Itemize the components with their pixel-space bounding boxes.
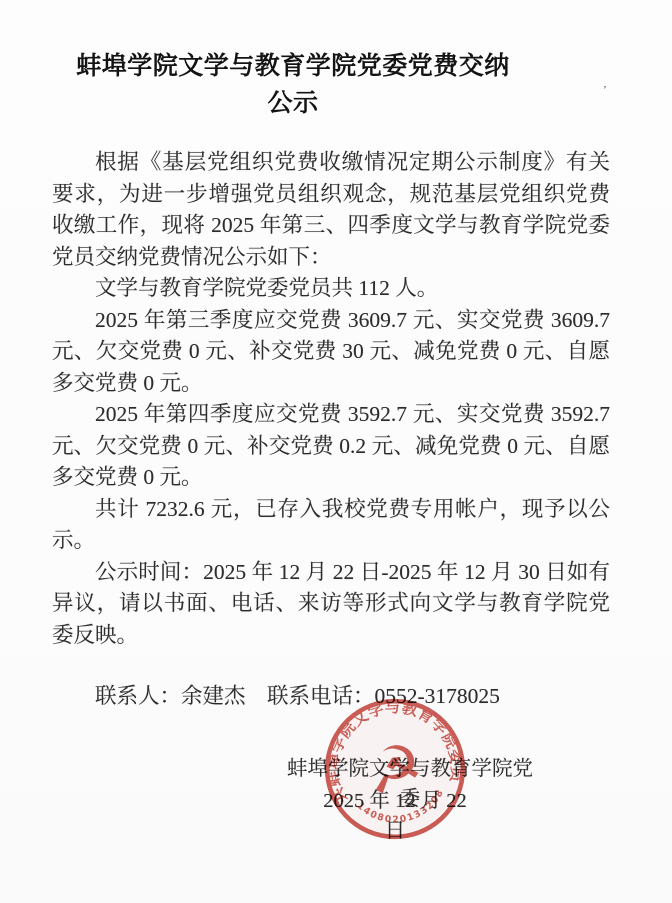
official-seal: 中共蚌埠学院文学与教育学院委员会 ☭ 1408020133208 — [308, 682, 482, 856]
paragraph-publicity-period: 公示时间：2025 年 12 月 22 日-2025 年 12 月 30 日如有… — [52, 557, 610, 652]
document-body: 根据《基层党组织党费收缴情况定期公示制度》有关要求，为进一步增强党员组织观念，规… — [52, 147, 610, 713]
paragraph-q3-fees: 2025 年第三季度应交党费 3609.7 元、实交党费 3609.7 元、欠交… — [52, 305, 610, 400]
title-line-1: 蚌埠学院文学与教育学院党委党费交纳 — [0, 48, 586, 85]
paragraph-q4-fees: 2025 年第四季度应交党费 3592.7 元、实交党费 3592.7 元、欠交… — [52, 399, 610, 494]
document-title: 蚌埠学院文学与教育学院党委党费交纳 公示 — [0, 48, 586, 122]
paragraph-total: 共计 7232.6 元，已存入我校党费专用帐户，现予以公示。 — [52, 494, 610, 557]
notice-document-page: 蚌埠学院文学与教育学院党委党费交纳 公示 ’ 根据《基层党组织党费收缴情况定期公… — [0, 0, 672, 903]
paragraph-intro: 根据《基层党组织党费收缴情况定期公示制度》有关要求，为进一步增强党员组织观念，规… — [52, 147, 610, 273]
title-line-2: 公示 — [0, 85, 586, 122]
paragraph-member-count: 文学与教育学院党委党员共 112 人。 — [52, 273, 610, 305]
scan-artifact: ’ — [603, 84, 607, 96]
